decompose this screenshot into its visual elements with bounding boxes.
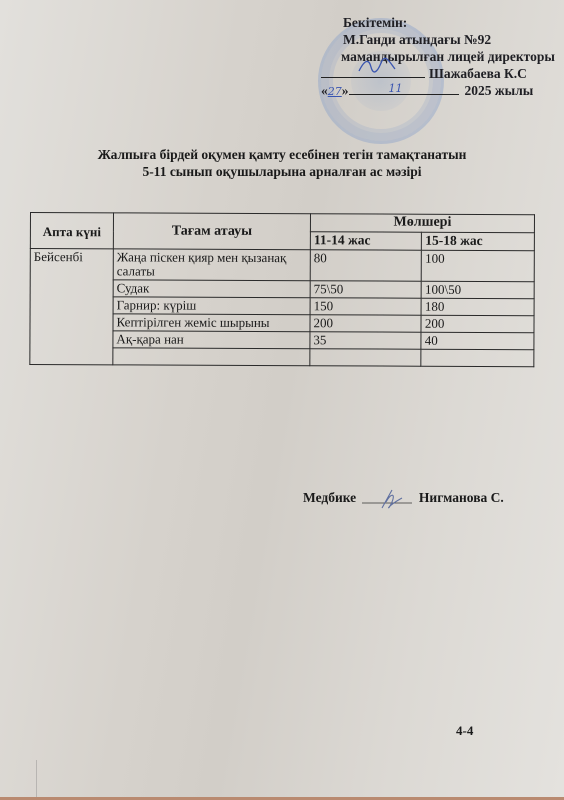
nurse-signature-block: Медбике Нигманова С. bbox=[303, 488, 504, 510]
page-title: Жалпыға бірдей оқумен қамту есебінен тег… bbox=[0, 146, 564, 180]
title-line-1: Жалпыға бірдей оқумен қамту есебінен тег… bbox=[0, 146, 564, 163]
director-name: Шажабаева К.С bbox=[429, 66, 527, 81]
header-day: Апта күні bbox=[30, 213, 113, 249]
amount-15-18-cell: 40 bbox=[421, 332, 534, 349]
document-page: Бекітемін: М.Ганди атындағы №92 мамандыр… bbox=[0, 0, 564, 800]
page-number: 4-4 bbox=[456, 723, 473, 739]
approval-block: Бекітемін: М.Ганди атындағы №92 мамандыр… bbox=[343, 14, 555, 100]
title-line-2: 5-11 сынып оқушыларына арналған ас мәзір… bbox=[0, 163, 564, 180]
director-signature-icon bbox=[357, 57, 397, 75]
amount-11-14-cell: 35 bbox=[310, 332, 421, 349]
amount-11-14-cell: 80 bbox=[310, 250, 421, 281]
header-amount: Мөлшері bbox=[310, 214, 534, 233]
dish-cell: Судак bbox=[113, 280, 310, 298]
approval-director-line: Шажабаева К.С bbox=[321, 65, 555, 82]
amount-11-14-cell bbox=[310, 349, 421, 366]
menu-table: Апта күні Тағам атауы Мөлшері 11-14 жас … bbox=[29, 212, 535, 367]
amount-15-18-cell: 100 bbox=[422, 250, 535, 281]
date-close-quote: » bbox=[342, 83, 349, 98]
dish-cell: Гарнир: күріш bbox=[113, 297, 310, 315]
table-row: Бейсенбі Жаңа піскен қияр мен қызанақ са… bbox=[30, 249, 534, 282]
date-day: 27 bbox=[328, 85, 342, 98]
nurse-name: Нигманова С. bbox=[419, 490, 504, 505]
dish-cell bbox=[113, 348, 310, 366]
header-age-15-18: 15-18 жас bbox=[422, 232, 535, 250]
amount-15-18-cell: 200 bbox=[421, 315, 534, 332]
director-signature-line bbox=[321, 65, 425, 78]
day-cell: Бейсенбі bbox=[30, 249, 114, 365]
date-month-line: 11 bbox=[349, 82, 459, 95]
dish-cell: Жаңа піскен қияр мен қызанақ салаты bbox=[113, 249, 310, 281]
amount-11-14-cell: 75\50 bbox=[310, 281, 421, 298]
amount-15-18-cell: 100\50 bbox=[421, 281, 534, 298]
date-year: 2025 жылы bbox=[465, 83, 534, 98]
amount-15-18-cell: 180 bbox=[421, 298, 534, 315]
amount-15-18-cell bbox=[421, 349, 534, 366]
amount-11-14-cell: 150 bbox=[310, 298, 421, 315]
dish-cell: Ақ-қара нан bbox=[113, 331, 310, 349]
amount-11-14-cell: 200 bbox=[310, 315, 421, 332]
header-row: Апта күні Тағам атауы Мөлшері bbox=[30, 213, 534, 233]
approval-school: М.Ганди атындағы №92 bbox=[343, 31, 555, 48]
header-age-11-14: 11-14 жас bbox=[310, 232, 421, 250]
nurse-role: Медбике bbox=[303, 490, 356, 505]
date-open-quote: « bbox=[321, 83, 328, 98]
dish-cell: Кептірілген жеміс шырыны bbox=[113, 314, 310, 332]
approval-heading: Бекітемін: bbox=[343, 14, 555, 31]
paper-crease bbox=[36, 760, 37, 800]
header-dish: Тағам атауы bbox=[113, 213, 310, 250]
nurse-signature-icon bbox=[362, 488, 414, 510]
approval-date: «27»112025 жылы bbox=[321, 82, 555, 100]
date-month: 11 bbox=[389, 80, 403, 97]
